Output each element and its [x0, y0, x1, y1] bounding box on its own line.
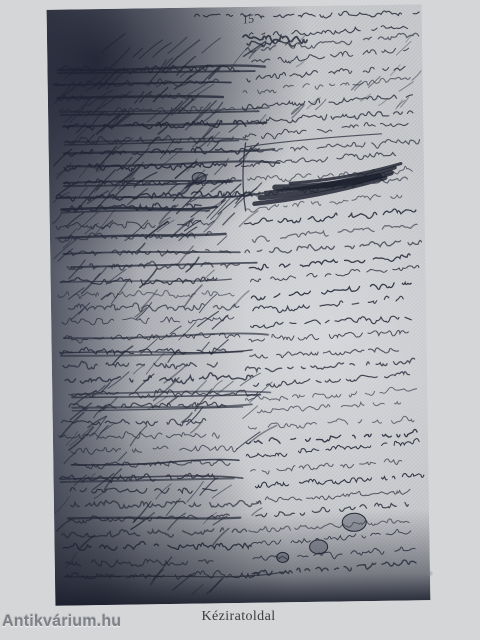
book-page-scan: 15 Kéziratoldal Antikvárium.hu — [0, 0, 480, 640]
photo-vignette — [47, 4, 431, 605]
print-smudge — [426, 570, 434, 577]
manuscript-photo: 15 — [47, 4, 431, 605]
manuscript-photo-canvas: 15 — [47, 4, 431, 605]
watermark: Antikvárium.hu — [2, 613, 121, 631]
handwritten-page-number: 15 — [241, 11, 255, 27]
